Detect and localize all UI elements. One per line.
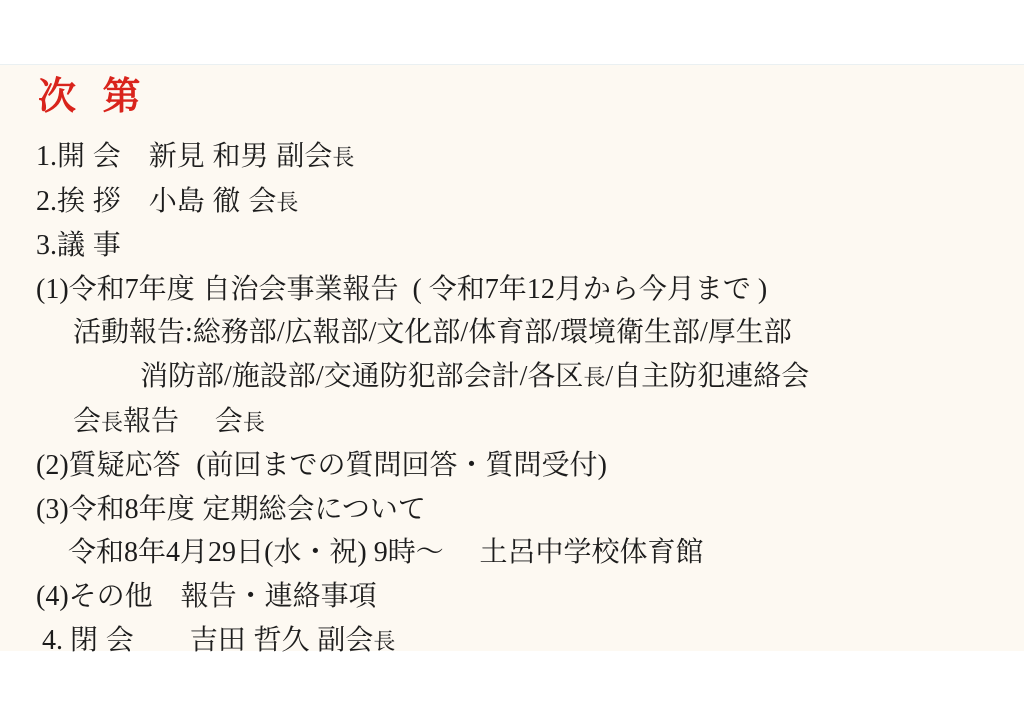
text-segment: 4	[166, 537, 180, 568]
text-segment: (2)	[36, 450, 69, 481]
text-segment: 令和	[69, 493, 125, 524]
text-segment: /	[277, 317, 285, 348]
agenda-line-item-3-general-meeting: (3)令和8年度 定期総会について	[36, 488, 1004, 532]
text-segment: :	[185, 317, 193, 348]
text-segment: 令和	[69, 273, 125, 304]
text-segment: 8	[125, 494, 139, 525]
agenda-line-chairman-report: 会長報告 会長	[36, 400, 1004, 445]
text-segment: 長	[276, 190, 298, 215]
text-segment: 報告 会	[123, 405, 243, 436]
text-segment: (4)	[36, 581, 69, 612]
page: { "page": { "background": "#ffffff", "sh…	[0, 0, 1024, 724]
text-segment: )	[598, 450, 607, 481]
text-segment: 8	[124, 537, 138, 568]
text-segment: 消防部	[140, 360, 224, 391]
agenda-sheet: 次 第 1.開 会 新見 和男 副会長2.挨 拶 小島 徹 会長3.議 事(1)…	[0, 64, 1024, 651]
text-segment: 月	[180, 536, 208, 567]
text-segment: 1.	[36, 141, 57, 172]
text-segment: 各区	[527, 360, 583, 391]
agenda-line-greeting: 2.挨 拶 小島 徹 会長	[36, 180, 1004, 225]
text-segment: /	[700, 317, 708, 348]
text-segment: 交通防犯部会計	[324, 360, 520, 391]
text-segment: 3.	[36, 230, 57, 261]
text-segment: )	[751, 274, 767, 305]
text-segment: 活動報告	[73, 316, 185, 347]
text-segment: 時～ 土呂中学校体育館	[388, 536, 704, 567]
text-segment: 日	[236, 536, 264, 567]
text-segment: 令和	[429, 273, 485, 304]
text-segment: 質疑応答	[69, 449, 197, 480]
text-segment: 2.	[36, 186, 57, 217]
text-segment: 文化部	[376, 316, 460, 347]
text-segment: 年度 自治会事業報告	[139, 273, 399, 304]
agenda-lines: 1.開 会 新見 和男 副会長2.挨 拶 小島 徹 会長3.議 事(1)令和7年…	[36, 135, 1004, 663]
text-segment: 議 事	[57, 229, 121, 260]
text-segment: 会	[73, 405, 101, 436]
text-segment: 年	[138, 536, 166, 567]
text-segment: 挨 拶 小島 徹 会	[57, 185, 276, 216]
text-segment: 厚生部	[708, 316, 792, 347]
text-segment: /	[316, 361, 324, 392]
text-segment: /	[224, 361, 232, 392]
text-segment: 前回までの質問回答・質問受付	[206, 449, 598, 480]
text-segment: (	[264, 537, 273, 568]
text-segment: その他 報告・連絡事項	[69, 580, 377, 611]
text-segment: 長	[243, 410, 265, 435]
agenda-line-proceedings: 3.議 事	[36, 224, 1004, 268]
agenda-line-closing: 4. 閉 会 吉田 哲久 副会長	[36, 619, 1004, 664]
text-segment: 環境衛生部	[560, 316, 700, 347]
text-segment: 長	[332, 145, 354, 170]
text-segment: 水・祝	[273, 536, 357, 567]
text-segment: 7	[125, 274, 139, 305]
text-segment: 閉 会 吉田 哲久 副会	[70, 624, 373, 655]
agenda-line-opening: 1.開 会 新見 和男 副会長	[36, 135, 1004, 180]
text-segment: 年度 定期総会について	[139, 493, 426, 524]
text-segment: (	[196, 450, 205, 481]
text-segment: 29	[208, 537, 236, 568]
text-segment: (	[398, 274, 428, 305]
page-title: 次 第	[38, 76, 1004, 118]
text-segment: 体育部	[468, 316, 552, 347]
text-segment: (1)	[36, 274, 69, 305]
text-segment: 長	[583, 365, 605, 390]
text-segment: 総務部	[193, 316, 277, 347]
text-segment: /	[552, 317, 560, 348]
text-segment: 開 会 新見 和男 副会	[57, 140, 332, 171]
text-segment: 7	[485, 274, 499, 305]
text-segment: 12	[527, 274, 555, 305]
agenda-line-item-1-business-report: (1)令和7年度 自治会事業報告 ( 令和7年12月から今月まで )	[36, 268, 1004, 312]
text-segment: 自主防犯連絡会	[613, 360, 809, 391]
text-segment: (3)	[36, 494, 69, 525]
agenda-line-general-meeting-date-place: 令和8年4月29日(水・祝) 9時～ 土呂中学校体育館	[36, 531, 1004, 575]
text-segment: 月から今月まで	[555, 273, 751, 304]
text-segment: 令和	[68, 536, 124, 567]
text-segment: 長	[101, 410, 123, 435]
text-segment: 広報部	[285, 316, 369, 347]
agenda-line-item-2-qa: (2)質疑応答 (前回までの質問回答・質問受付)	[36, 444, 1004, 488]
text-segment: 4.	[42, 625, 70, 656]
agenda-content: 次 第 1.開 会 新見 和男 副会長2.挨 拶 小島 徹 会長3.議 事(1)…	[0, 65, 1024, 663]
text-segment: 施設部	[232, 360, 316, 391]
agenda-line-item-4-other: (4)その他 報告・連絡事項	[36, 575, 1004, 619]
text-segment: ) 9	[357, 537, 387, 568]
agenda-line-activity-report-departments-2: 消防部/施設部/交通防犯部会計/各区長/自主防犯連絡会	[36, 355, 1004, 400]
text-segment: 長	[373, 629, 395, 654]
agenda-line-activity-report-departments-1: 活動報告:総務部/広報部/文化部/体育部/環境衛生部/厚生部	[36, 311, 1004, 355]
text-segment: 年	[499, 273, 527, 304]
